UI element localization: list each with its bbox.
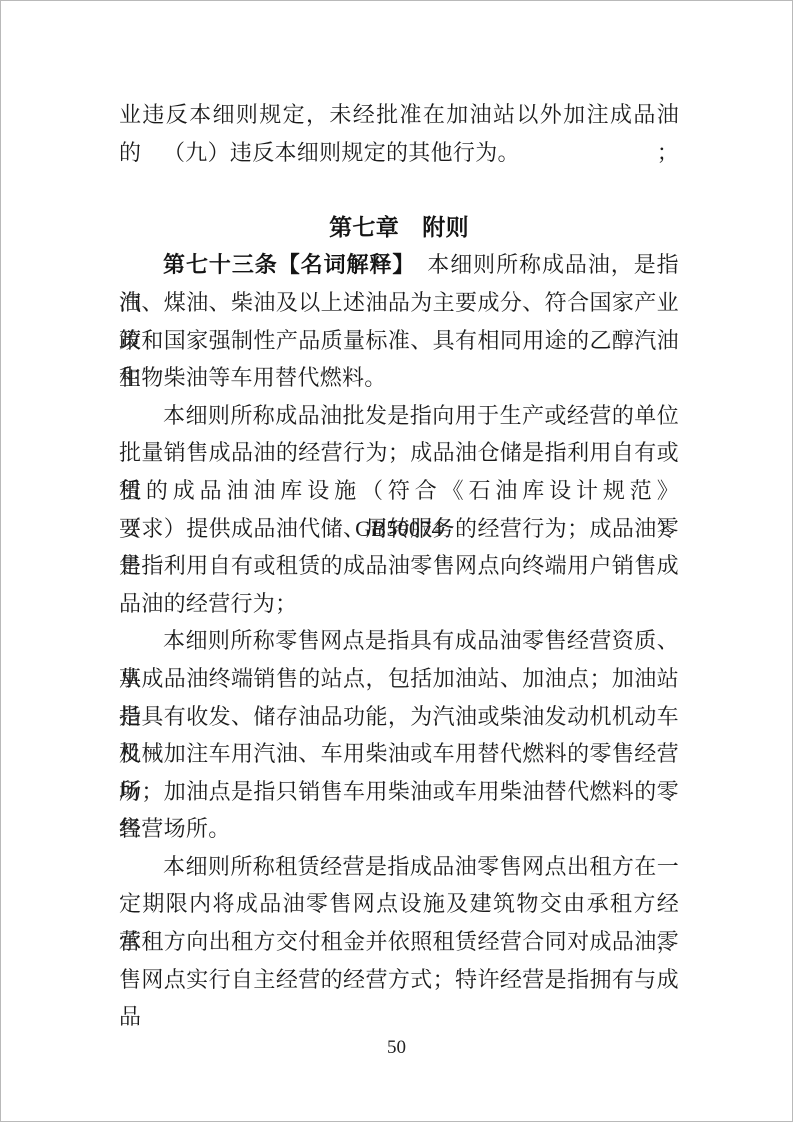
text-line: 本细则所称成品油批发是指向用于生产或经营的单位: [119, 397, 679, 435]
text-line: 所；加油点是指只销售车用柴油或车用柴油替代燃料的零售: [119, 773, 679, 811]
document-page: 业违反本细则规定，未经批准在加油站以外加注成品油的；（九）违反本细则规定的其他行…: [0, 0, 793, 1122]
text-line: 事成品油终端销售的站点，包括加油站、加油点；加油站是: [119, 660, 679, 698]
text-line: 要求）提供成品油代储、周转服务的经营行为；成品油零售: [119, 510, 679, 548]
text-line: 本细则所称零售网点是指具有成品油零售经营资质、从: [119, 622, 679, 660]
text-line: 经营场所。: [119, 810, 679, 848]
text-line: 批量销售成品油的经营行为；成品油仓储是指利用自有或租: [119, 434, 679, 472]
text-line: 是指利用自有或租赁的成品油零售网点向终端用户销售成: [119, 547, 679, 585]
text-line: 品油的经营行为；: [119, 585, 679, 623]
text-line: 油、煤油、柴油及以上述油品为主要成分、符合国家产业政: [119, 284, 679, 322]
text-line: 定期限内将成品油零售网点设施及建筑物交由承租方经营，: [119, 885, 679, 923]
article-number-label: 第七十三条【名词解释】: [163, 252, 404, 277]
text-line: 承租方向出租方交付租金并依照租赁经营合同对成品油零: [119, 923, 679, 961]
line-spacer: [119, 171, 679, 209]
page-number: 50: [1, 1037, 792, 1059]
text-block: 业违反本细则规定，未经批准在加油站以外加注成品油的；（九）违反本细则规定的其他行…: [119, 96, 679, 998]
text-line: 指具有收发、储存油品功能，为汽油或柴油发动机机动车及: [119, 698, 679, 736]
text-line: 生物柴油等车用替代燃料。: [119, 359, 679, 397]
text-line: 策和国家强制性产品质量标准、具有相同用途的乙醇汽油和: [119, 322, 679, 360]
text-line: 赁的成品油油库设施（符合《石油库设计规范》（GB50074）: [119, 472, 679, 510]
text-line: 业违反本细则规定，未经批准在加油站以外加注成品油的；: [119, 96, 679, 134]
text-line: 第七十三条【名词解释】 本细则所称成品油，是指汽: [119, 246, 679, 284]
chapter-heading: 第七章 附则: [119, 209, 679, 247]
text-line: 售网点实行自主经营的经营方式；特许经营是指拥有与成品: [119, 961, 679, 999]
text-line: 本细则所称租赁经营是指成品油零售网点出租方在一: [119, 848, 679, 886]
text-line: 机械加注车用汽油、车用柴油或车用替代燃料的零售经营场: [119, 735, 679, 773]
